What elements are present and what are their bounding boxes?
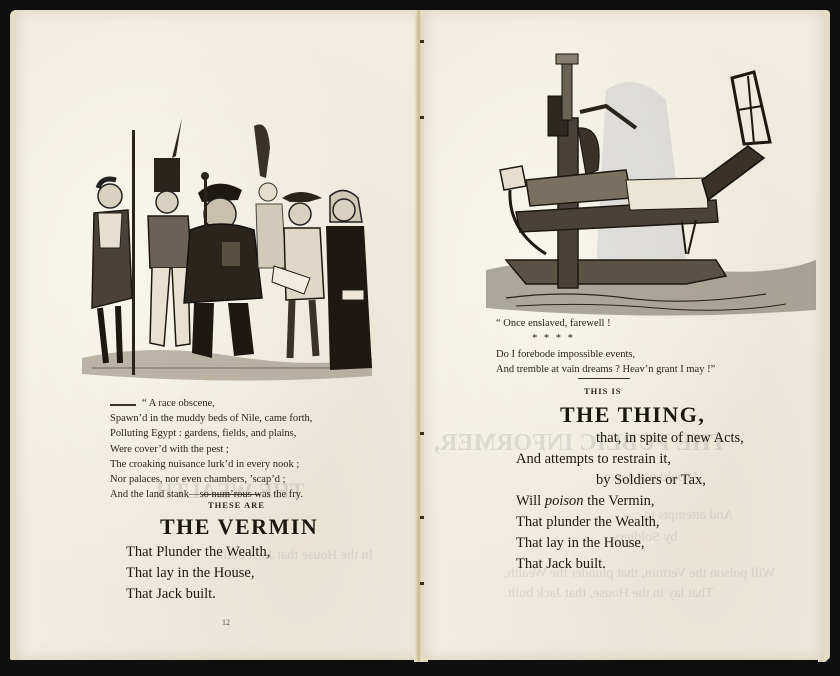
quote-line: Nor palaces, nor even chambers, ’scap’d … xyxy=(110,472,312,487)
divider-rule xyxy=(202,494,260,495)
quote-line: The croaking nuisance lurk’d in every no… xyxy=(110,457,312,472)
body-line: That lay in the House, xyxy=(516,533,744,554)
body-line: by Soldiers or Tax, xyxy=(516,470,744,491)
right-body-lines: that, in spite of new Acts, And attempts… xyxy=(516,428,744,575)
body-line: that, in spite of new Acts, xyxy=(516,428,744,449)
show-through-text xyxy=(444,410,447,421)
engraving-figures-group-icon xyxy=(72,118,382,388)
body-line: That lay in the House, xyxy=(126,563,270,584)
book-spread: THE WEALTH In the House that Jack built. xyxy=(10,10,832,666)
this-is-label: THIS IS xyxy=(584,386,621,396)
figures-engraving-illustration xyxy=(72,118,382,388)
left-quote-block: “ A race obscene, xyxy=(142,396,215,411)
vermin-title: THE VERMIN xyxy=(160,514,318,540)
printing-press-engraving-illustration xyxy=(486,40,816,320)
body-line: That plunder the Wealth, xyxy=(516,512,744,533)
these-are-label: THESE ARE xyxy=(208,500,265,510)
ellipsis-stars: * * * * xyxy=(496,331,715,346)
body-text: the Vermin, xyxy=(584,493,655,509)
show-through-text: That lay in the House, that Jack built. xyxy=(504,586,714,602)
divider-rule xyxy=(578,378,630,379)
quote-line: And tremble at vain dreams ? Heav’n gran… xyxy=(496,362,715,377)
quote-line: Were cover’d with the pest ; xyxy=(110,442,312,457)
quote-line: Spawn’d in the muddy beds of Nile, came … xyxy=(110,411,312,426)
quote-line: “ A race obscene, xyxy=(142,396,215,411)
body-line: That Plunder the Wealth, xyxy=(126,542,270,563)
quote-line: “ Once enslaved, farewell ! xyxy=(496,316,715,331)
right-page: THE PUBLIC INFORMER, Would put down And … xyxy=(424,10,830,660)
body-text: Will xyxy=(516,493,545,509)
right-quote-block: “ Once enslaved, farewell ! * * * * Do I… xyxy=(496,316,715,377)
body-line: That Jack built. xyxy=(516,554,744,575)
emphasis-poison: poison xyxy=(545,493,584,509)
quote-line: Do I forebode impossible events, xyxy=(496,347,715,362)
page-mark: 12 xyxy=(222,618,230,627)
engraving-printing-press-icon xyxy=(486,40,816,320)
thing-title: THE THING, xyxy=(560,402,705,428)
body-line: And attempts to restrain it, xyxy=(516,449,744,470)
quote-dash xyxy=(110,404,136,406)
left-body-lines: That Plunder the Wealth, That lay in the… xyxy=(126,542,270,605)
quote-line: Polluting Egypt : gardens, fields, and p… xyxy=(110,426,312,441)
left-quote-block-body: Spawn’d in the muddy beds of Nile, came … xyxy=(110,411,312,503)
body-line: That Jack built. xyxy=(126,584,270,605)
left-page: THE WEALTH In the House that Jack built. xyxy=(10,10,424,660)
body-line: Will poison the Vermin, xyxy=(516,491,744,512)
